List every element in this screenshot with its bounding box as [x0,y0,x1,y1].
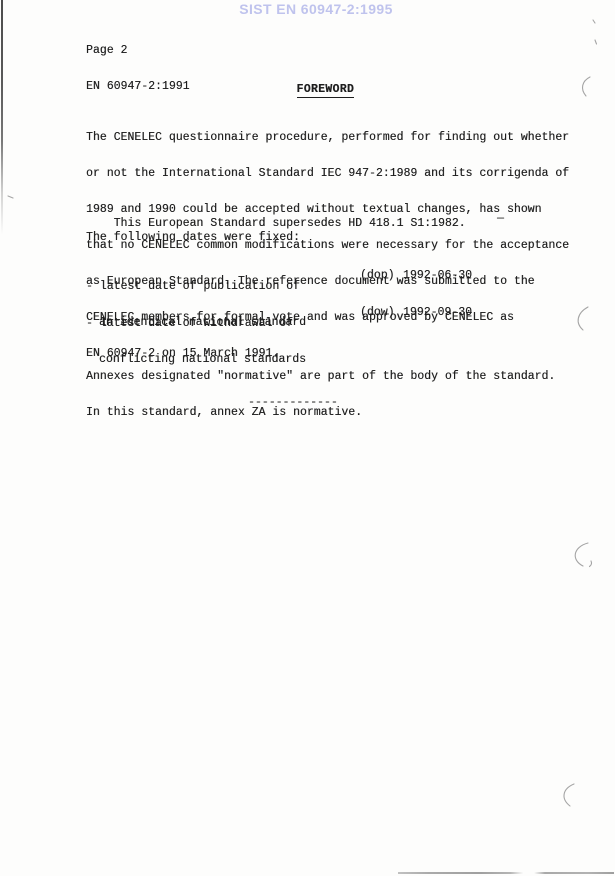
date-value: 1992-06-30 [403,270,472,282]
annex-paragraph: Annexes designated "normative" are part … [86,347,555,443]
date-value: 1992-09-30 [403,307,472,319]
scan-artifact-bottom-edge [398,872,614,874]
scan-speck [593,20,595,23]
paragraph-line: or not the International Standard IEC 94… [86,168,569,180]
supersedes-paragraph: This European Standard supersedes HD 418… [86,206,546,254]
paragraph-line: Annexes designated "normative" are part … [86,371,555,383]
scan-curve-4 [564,784,574,806]
date-key: (dop) [360,270,395,282]
separator-dashes: ------------- [248,397,338,409]
section-title: FOREWORD [297,84,355,98]
scan-curve-3-comma [590,561,592,567]
scan-curve-2 [578,307,588,330]
watermark-text: SIST EN 60947-2:1995 [0,1,615,17]
margin-dash-mark: — [497,213,504,225]
scanned-document-page: SIST EN 60947-2:1995 Page 2 EN 60947-2:1… [0,0,615,876]
dates-intro: The following dates were fixed: [86,232,300,244]
scan-speck [595,40,597,44]
scan-artifact-left-edge [1,0,3,235]
date-key: (dow) [360,307,395,319]
date-label-line: - latest date of withdrawal of [86,318,506,330]
page-number: Page 2 [86,45,190,57]
date-label-line: - latest date of publication of [86,281,506,293]
supersedes-text: This European Standard supersedes HD 418… [114,217,466,230]
scan-speck [8,196,13,198]
section-title-row: FOREWORD [0,72,615,110]
scan-curve-3 [575,543,588,566]
paragraph-line: The CENELEC questionnaire procedure, per… [86,132,569,144]
